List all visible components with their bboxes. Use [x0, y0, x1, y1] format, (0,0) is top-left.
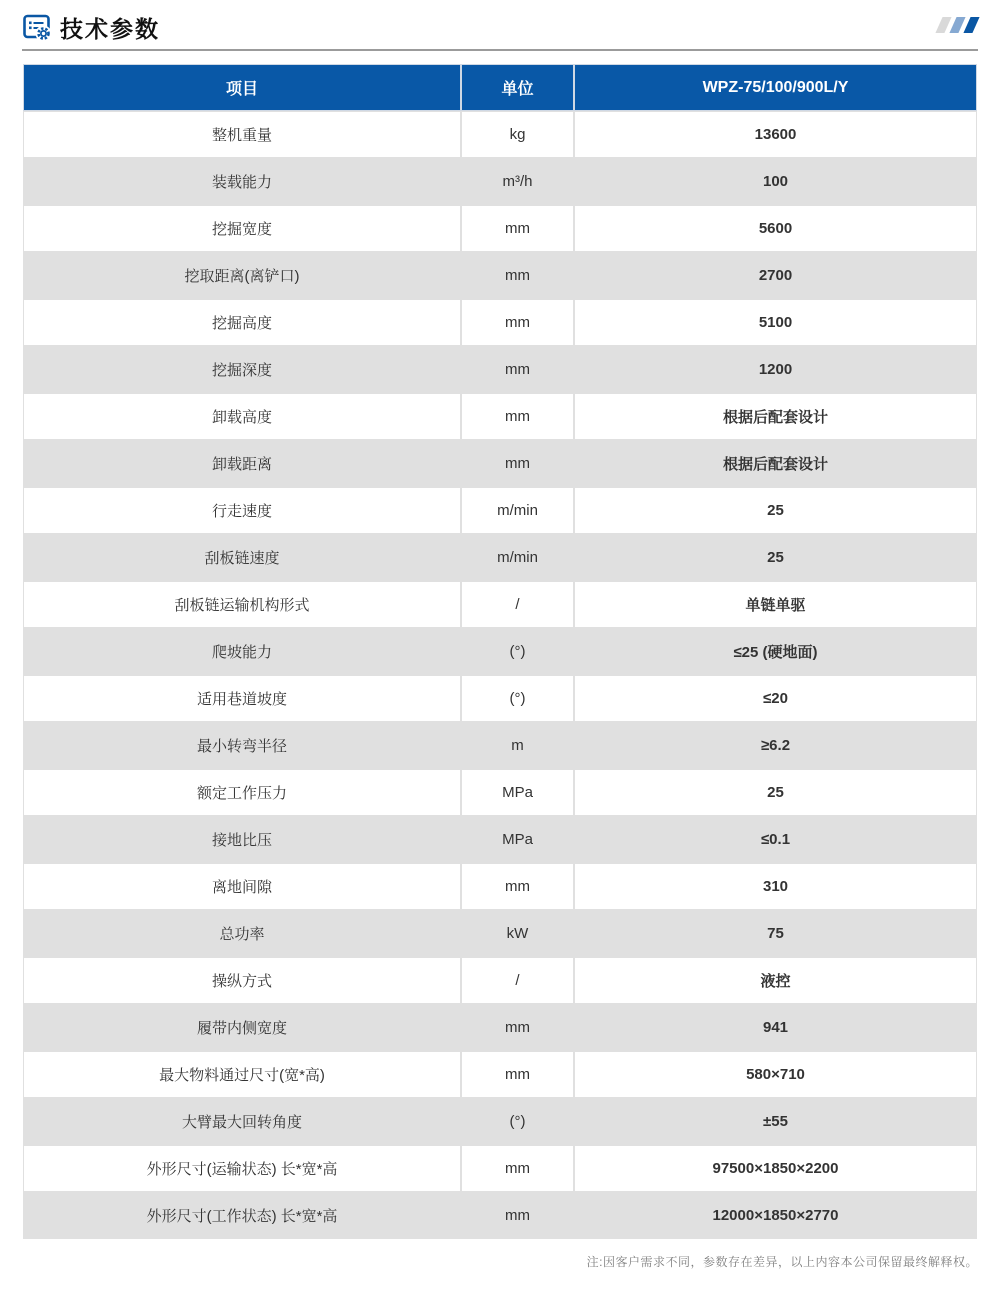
table-row: 刮板链运输机构形式 / 单链单驱 — [24, 582, 976, 627]
cell-value: ≤25 (硬地面) — [575, 629, 976, 674]
cell-item: 卸载高度 — [24, 394, 460, 439]
table-row: 刮板链速度 m/min 25 — [24, 535, 976, 580]
cell-value: ±55 — [575, 1099, 976, 1144]
cell-item: 卸载距离 — [24, 441, 460, 486]
table-row: 整机重量 kg 13600 — [24, 112, 976, 157]
table-row: 履带内侧宽度 mm 941 — [24, 1005, 976, 1050]
cell-item: 挖掘高度 — [24, 300, 460, 345]
table-row: 爬坡能力 (°) ≤25 (硬地面) — [24, 629, 976, 674]
table-row: 外形尺寸(运输状态) 长*宽*高 mm 97500×1850×2200 — [24, 1146, 976, 1191]
cell-value: 2700 — [575, 253, 976, 298]
cell-value: 580×710 — [575, 1052, 976, 1097]
header-row: 项目 单位 WPZ-75/100/900L/Y — [24, 65, 976, 110]
cell-value: 25 — [575, 488, 976, 533]
cell-unit: MPa — [462, 817, 573, 862]
cell-item: 整机重量 — [24, 112, 460, 157]
cell-unit: kW — [462, 911, 573, 956]
cell-item: 额定工作压力 — [24, 770, 460, 815]
cell-value: 97500×1850×2200 — [575, 1146, 976, 1191]
page-title: 技术参数 — [60, 11, 160, 44]
cell-unit: m/min — [462, 488, 573, 533]
title-underline — [22, 49, 978, 51]
cell-unit: mm — [462, 1146, 573, 1191]
cell-value: 5600 — [575, 206, 976, 251]
cell-value: 5100 — [575, 300, 976, 345]
cell-unit: mm — [462, 1193, 573, 1238]
slash-dark-blue — [963, 17, 979, 33]
cell-unit: mm — [462, 300, 573, 345]
page: 技术参数 项目 单位 WPZ-75/100/900L/Y 整机重量 kg 136… — [0, 0, 1000, 1299]
table-row: 卸载高度 mm 根据后配套设计 — [24, 394, 976, 439]
cell-unit: (°) — [462, 676, 573, 721]
decorative-slashes — [939, 17, 976, 33]
cell-item: 履带内侧宽度 — [24, 1005, 460, 1050]
cell-value: ≤20 — [575, 676, 976, 721]
table-row: 适用巷道坡度 (°) ≤20 — [24, 676, 976, 721]
cell-unit: mm — [462, 1005, 573, 1050]
cell-value: 根据后配套设计 — [575, 394, 976, 439]
table-row: 最小转弯半径 m ≥6.2 — [24, 723, 976, 768]
cell-value: 941 — [575, 1005, 976, 1050]
cell-unit: m/min — [462, 535, 573, 580]
cell-item: 适用巷道坡度 — [24, 676, 460, 721]
table-row: 挖取距离(离铲口) mm 2700 — [24, 253, 976, 298]
table-row: 外形尺寸(工作状态) 长*宽*高 mm 12000×1850×2770 — [24, 1193, 976, 1238]
table-row: 接地比压 MPa ≤0.1 — [24, 817, 976, 862]
cell-unit: mm — [462, 347, 573, 392]
cell-unit: mm — [462, 1052, 573, 1097]
cell-value: 12000×1850×2770 — [575, 1193, 976, 1238]
cell-unit: mm — [462, 394, 573, 439]
cell-item: 总功率 — [24, 911, 460, 956]
cell-item: 操纵方式 — [24, 958, 460, 1003]
cell-value: 100 — [575, 159, 976, 204]
cell-value: 75 — [575, 911, 976, 956]
spec-table-header: 项目 单位 WPZ-75/100/900L/Y — [24, 65, 976, 110]
table-row: 总功率 kW 75 — [24, 911, 976, 956]
cell-unit: m³/h — [462, 159, 573, 204]
cell-item: 外形尺寸(运输状态) 长*宽*高 — [24, 1146, 460, 1191]
cell-value: 25 — [575, 535, 976, 580]
header-bar: 技术参数 — [22, 10, 978, 44]
cell-item: 离地间隙 — [24, 864, 460, 909]
table-row: 大臂最大回转角度 (°) ±55 — [24, 1099, 976, 1144]
table-row: 额定工作压力 MPa 25 — [24, 770, 976, 815]
cell-unit: mm — [462, 864, 573, 909]
cell-item: 挖取距离(离铲口) — [24, 253, 460, 298]
cell-value: 25 — [575, 770, 976, 815]
cell-unit: mm — [462, 206, 573, 251]
header-item: 项目 — [24, 65, 460, 110]
table-row: 挖掘深度 mm 1200 — [24, 347, 976, 392]
cell-item: 最大物料通过尺寸(宽*高) — [24, 1052, 460, 1097]
spec-table: 项目 单位 WPZ-75/100/900L/Y 整机重量 kg 13600 装载… — [22, 63, 978, 1240]
cell-item: 最小转弯半径 — [24, 723, 460, 768]
cell-value: 液控 — [575, 958, 976, 1003]
cell-value: 单链单驱 — [575, 582, 976, 627]
cell-item: 刮板链速度 — [24, 535, 460, 580]
spec-document-gear-icon — [22, 12, 52, 42]
header-unit: 单位 — [462, 65, 573, 110]
cell-unit: MPa — [462, 770, 573, 815]
cell-item: 爬坡能力 — [24, 629, 460, 674]
cell-unit: mm — [462, 253, 573, 298]
footnote: 注:因客户需求不同，参数存在差异，以上内容本公司保留最终解释权。 — [22, 1253, 978, 1270]
cell-item: 大臂最大回转角度 — [24, 1099, 460, 1144]
table-row: 卸载距离 mm 根据后配套设计 — [24, 441, 976, 486]
cell-value: ≤0.1 — [575, 817, 976, 862]
table-row: 最大物料通过尺寸(宽*高) mm 580×710 — [24, 1052, 976, 1097]
cell-item: 挖掘宽度 — [24, 206, 460, 251]
cell-item: 刮板链运输机构形式 — [24, 582, 460, 627]
table-row: 装载能力 m³/h 100 — [24, 159, 976, 204]
cell-unit: m — [462, 723, 573, 768]
cell-item: 外形尺寸(工作状态) 长*宽*高 — [24, 1193, 460, 1238]
table-row: 操纵方式 / 液控 — [24, 958, 976, 1003]
cell-value: 310 — [575, 864, 976, 909]
spec-table-body: 整机重量 kg 13600 装载能力 m³/h 100 挖掘宽度 mm 5600… — [24, 112, 976, 1238]
header-model: WPZ-75/100/900L/Y — [575, 65, 976, 110]
cell-unit: mm — [462, 441, 573, 486]
table-row: 挖掘高度 mm 5100 — [24, 300, 976, 345]
cell-unit: / — [462, 582, 573, 627]
cell-value: 根据后配套设计 — [575, 441, 976, 486]
cell-unit: / — [462, 958, 573, 1003]
cell-unit: (°) — [462, 1099, 573, 1144]
table-row: 挖掘宽度 mm 5600 — [24, 206, 976, 251]
table-row: 行走速度 m/min 25 — [24, 488, 976, 533]
cell-item: 行走速度 — [24, 488, 460, 533]
table-row: 离地间隙 mm 310 — [24, 864, 976, 909]
cell-value: ≥6.2 — [575, 723, 976, 768]
cell-item: 接地比压 — [24, 817, 460, 862]
cell-value: 1200 — [575, 347, 976, 392]
cell-item: 挖掘深度 — [24, 347, 460, 392]
cell-value: 13600 — [575, 112, 976, 157]
cell-unit: kg — [462, 112, 573, 157]
cell-item: 装载能力 — [24, 159, 460, 204]
cell-unit: (°) — [462, 629, 573, 674]
